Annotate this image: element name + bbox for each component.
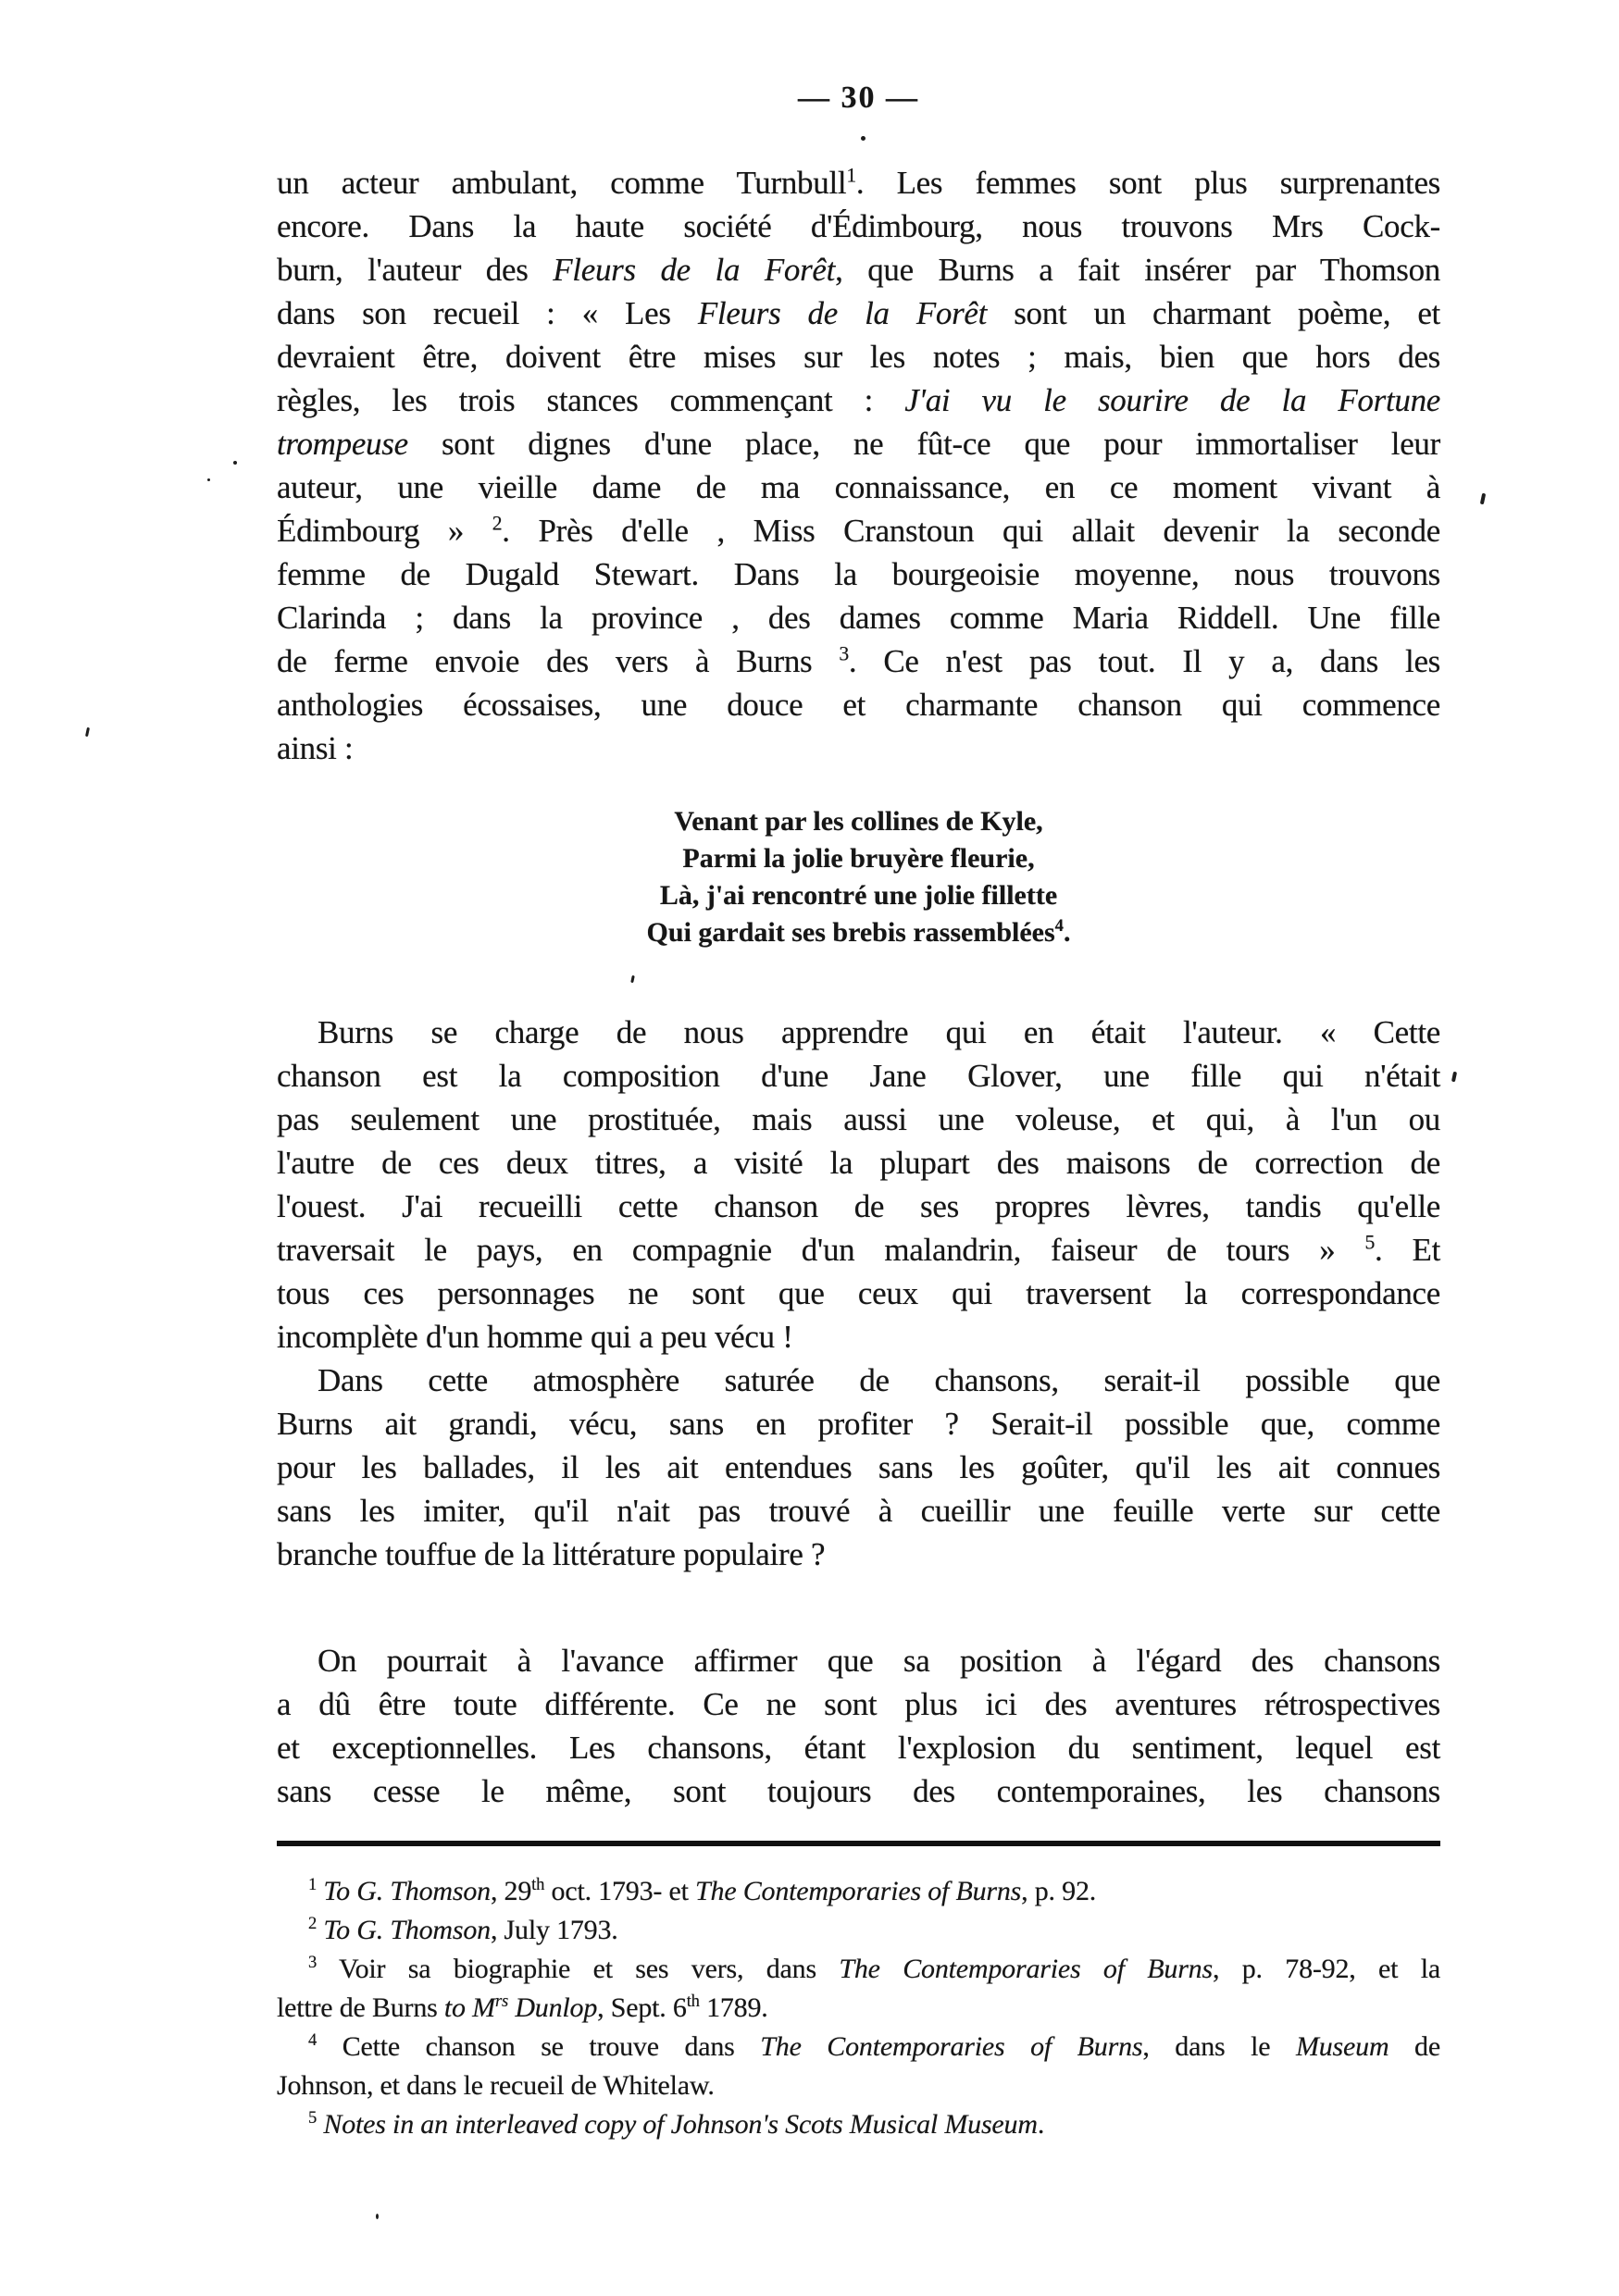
ink-speck: [85, 727, 90, 737]
text-line: Dans cette atmosphère saturée de chanson…: [277, 1359, 1440, 1402]
text-line: Burns se charge de nous apprendre qui en…: [277, 1011, 1440, 1054]
footnote-line: 1 To G. Thomson, 29th oct. 1793- et The …: [277, 1872, 1440, 1911]
footnote-line: 5 Notes in an interleaved copy of Johnso…: [277, 2105, 1440, 2144]
verse-line: Parmi la jolie bruyère fleurie,: [277, 840, 1440, 877]
text-line: sans cesse le même, sont toujours des co…: [277, 1769, 1440, 1813]
paragraph: Burns se charge de nous apprendre qui en…: [277, 1011, 1440, 1359]
ink-speck: [233, 461, 237, 465]
text-line: femme de Dugald Stewart. Dans la bourgeo…: [277, 552, 1440, 596]
footnote-rule: [277, 1841, 1440, 1846]
paragraph-gap: [277, 1576, 1440, 1639]
text-line: Clarinda ; dans la province , des dames …: [277, 596, 1440, 639]
book-page: — 30 — un acteur ambulant, comme Turnbul…: [0, 0, 1619, 2296]
text-line: auteur, une vieille dame de ma connaissa…: [277, 465, 1440, 509]
text-line: branche touffue de la littérature popula…: [277, 1533, 1440, 1576]
text-line: sans les imiter, qu'il n'ait pas trouvé …: [277, 1489, 1440, 1533]
footnote-line: 3 Voir sa biographie et ses vers, dans T…: [277, 1950, 1440, 1989]
text-line: On pourrait à l'avance affirmer que sa p…: [277, 1639, 1440, 1682]
text-line: devraient être, doivent être mises sur l…: [277, 335, 1440, 379]
page-number: — 30 —: [277, 81, 1440, 115]
text-line: de ferme envoie des vers à Burns 3. Ce n…: [277, 639, 1440, 683]
paragraph: On pourrait à l'avance affirmer que sa p…: [277, 1639, 1440, 1813]
text-line: pour les ballades, il les ait entendues …: [277, 1446, 1440, 1489]
text-line: ainsi :: [277, 726, 1440, 770]
paragraph-gap: [277, 951, 1440, 1011]
paragraph: un acteur ambulant, comme Turnbull1. Les…: [277, 161, 1440, 770]
text-line: l'autre de ces deux titres, a visité la …: [277, 1141, 1440, 1185]
text-line: Édimbourg » 2. Près d'elle , Miss Cranst…: [277, 509, 1440, 552]
text-line: tous ces personnages ne sont que ceux qu…: [277, 1272, 1440, 1315]
ink-speck: [1451, 1072, 1457, 1083]
text-line: incomplète d'un homme qui a peu vécu !: [277, 1315, 1440, 1359]
text-line: Burns ait grandi, vécu, sans en profiter…: [277, 1402, 1440, 1446]
verse-line: Là, j'ai rencontré une jolie fillette: [277, 877, 1440, 914]
text-line: a dû être toute différente. Ce ne sont p…: [277, 1682, 1440, 1726]
ink-speck: [376, 2214, 379, 2219]
body-text: un acteur ambulant, comme Turnbull1. Les…: [277, 161, 1440, 1813]
text-line: l'ouest. J'ai recueilli cette chanson de…: [277, 1185, 1440, 1228]
verse-line: Qui gardait ses brebis rassemblées4.: [277, 914, 1440, 951]
footnote: 5 Notes in an interleaved copy of Johnso…: [277, 2105, 1440, 2144]
footnotes: 1 To G. Thomson, 29th oct. 1793- et The …: [277, 1872, 1440, 2144]
text-line: trompeuse sont dignes d'une place, ne fû…: [277, 422, 1440, 465]
ink-speck: [1480, 493, 1486, 505]
verse-line: Venant par les collines de Kyle,: [277, 803, 1440, 840]
paragraph: Dans cette atmosphère saturée de chanson…: [277, 1359, 1440, 1576]
text-line: anthologies écossaises, une douce et cha…: [277, 683, 1440, 726]
footnote: 3 Voir sa biographie et ses vers, dans T…: [277, 1950, 1440, 2028]
text-column: — 30 — un acteur ambulant, comme Turnbul…: [277, 0, 1440, 2144]
footnote: 4 Cette chanson se trouve dans The Conte…: [277, 2028, 1440, 2105]
footnote-line: 2 To G. Thomson, July 1793.: [277, 1911, 1440, 1950]
text-line: pas seulement une prostituée, mais aussi…: [277, 1098, 1440, 1141]
text-line: un acteur ambulant, comme Turnbull1. Les…: [277, 161, 1440, 205]
footnote-line: lettre de Burns to Mrs Dunlop, Sept. 6th…: [277, 1989, 1440, 2028]
ink-speck: [861, 136, 866, 141]
text-line: traversait le pays, en compagnie d'un ma…: [277, 1228, 1440, 1272]
text-line: règles, les trois stances commençant : J…: [277, 379, 1440, 422]
text-line: chanson est la composition d'une Jane Gl…: [277, 1054, 1440, 1098]
text-line: dans son recueil : « Les Fleurs de la Fo…: [277, 292, 1440, 335]
footnote-line: Johnson, et dans le recueil de Whitelaw.: [277, 2066, 1440, 2105]
text-line: burn, l'auteur des Fleurs de la Forêt, q…: [277, 248, 1440, 292]
ink-speck: [207, 478, 210, 481]
footnote: 2 To G. Thomson, July 1793.: [277, 1911, 1440, 1950]
footnote: 1 To G. Thomson, 29th oct. 1793- et The …: [277, 1872, 1440, 1911]
text-line: encore. Dans la haute société d'Édimbour…: [277, 205, 1440, 248]
quoted-poem: Venant par les collines de Kyle,Parmi la…: [277, 803, 1440, 951]
footnote-line: 4 Cette chanson se trouve dans The Conte…: [277, 2028, 1440, 2066]
text-line: et exceptionnelles. Les chansons, étant …: [277, 1726, 1440, 1769]
